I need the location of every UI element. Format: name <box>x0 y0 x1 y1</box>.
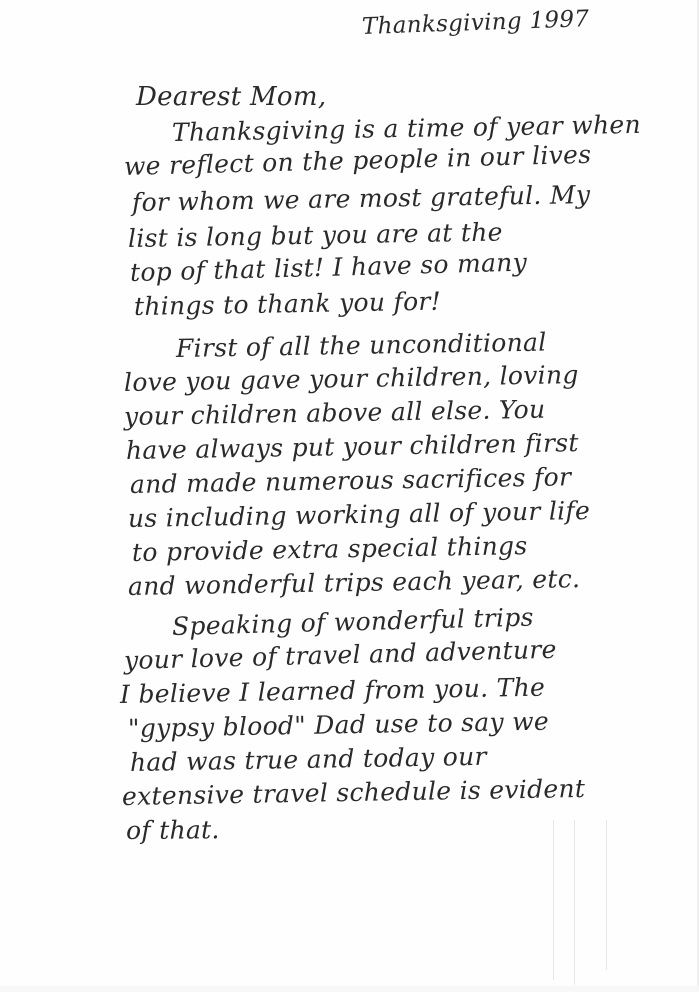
letter-line: "gypsy blood" Dad use to say we <box>128 707 549 743</box>
letter-line: your love of travel and adventure <box>124 635 557 675</box>
scan-artifact <box>606 820 607 970</box>
letter-date: Thanksgiving 1997 <box>362 6 590 40</box>
letter-line: extensive travel schedule is evident <box>122 774 586 811</box>
letter-line: list is long but you are at the <box>128 217 503 253</box>
letter-line: had was true and today our <box>130 742 487 777</box>
letter-line: and made numerous sacrifices for <box>130 462 572 499</box>
scan-artifact <box>553 820 554 980</box>
letter-line: have always put your children first <box>126 428 579 465</box>
letter-page: Thanksgiving 1997 Dearest Mom, Thanksgiv… <box>0 0 699 992</box>
letter-line: top of that list! I have so many <box>130 248 528 287</box>
letter-line: to provide extra special things <box>132 531 528 567</box>
letter-line: of that. <box>126 815 220 845</box>
letter-line: Speaking of wonderful trips <box>172 603 534 641</box>
letter-line: love you gave your children, loving <box>124 360 579 397</box>
letter-line: I believe I learned from you. The <box>120 673 546 709</box>
letter-line: for whom we are most grateful. My <box>132 180 591 217</box>
letter-line: us including working all of your life <box>128 496 591 533</box>
letter-line: First of all the unconditional <box>176 328 547 363</box>
letter-greeting: Dearest Mom, <box>136 82 326 112</box>
scan-artifact <box>574 820 575 985</box>
letter-line: and wonderful trips each year, etc. <box>128 564 581 601</box>
letter-line: things to thank you for! <box>134 287 442 321</box>
page-edge <box>0 986 699 992</box>
letter-line: your children above all else. You <box>124 395 546 431</box>
